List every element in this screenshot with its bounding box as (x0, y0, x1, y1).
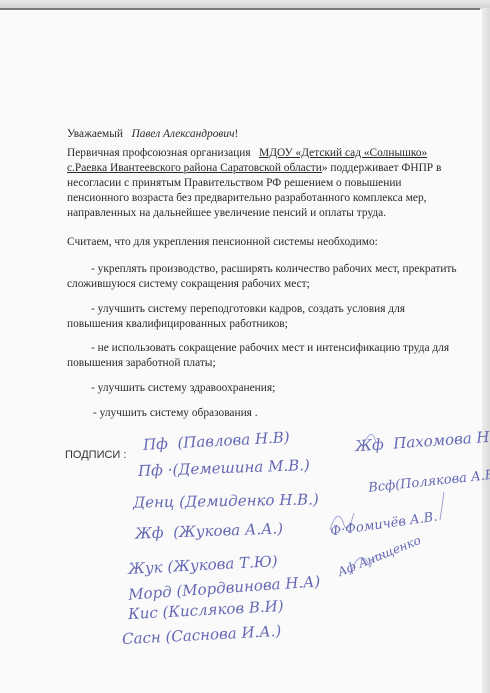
handwriting-strokes (0, 0, 490, 693)
